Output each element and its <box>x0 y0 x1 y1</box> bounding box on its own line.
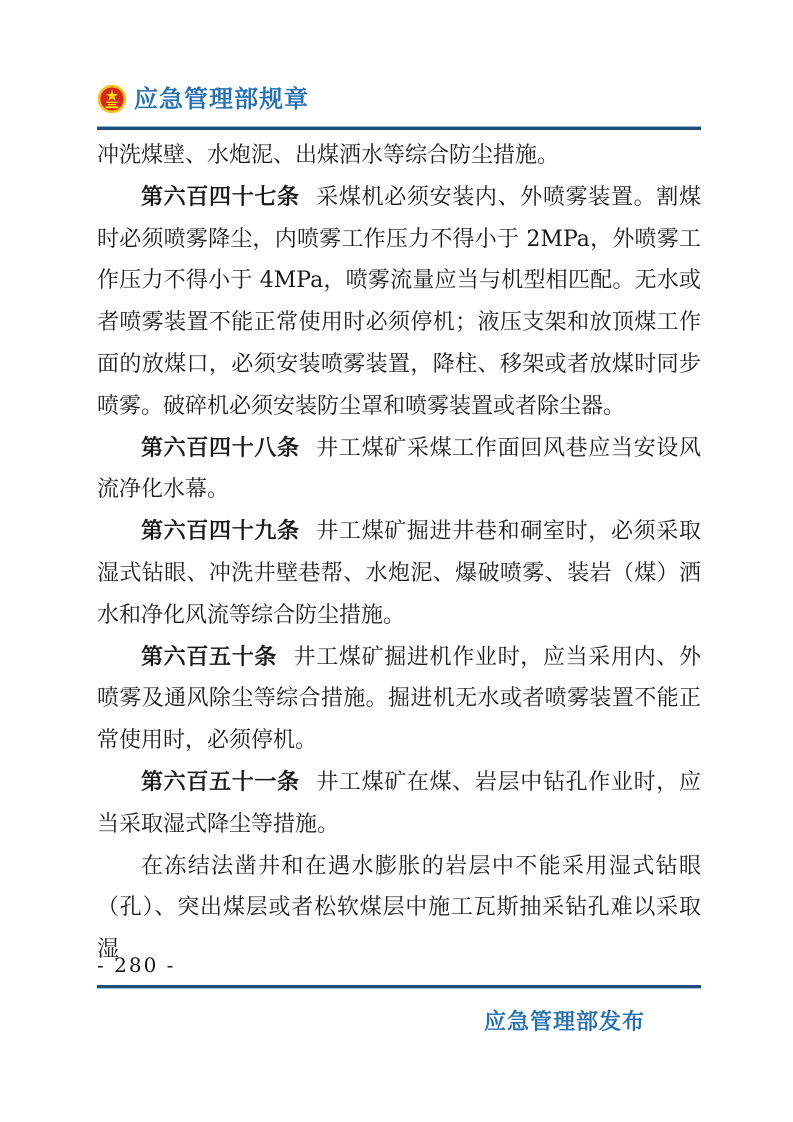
footer-rule <box>97 985 701 989</box>
page-header: 应急管理部规章 <box>97 84 701 114</box>
page-number: - 280 - <box>97 953 175 977</box>
header-rule <box>97 126 701 130</box>
paragraph-text: 冲洗煤壁、水炮泥、出煤洒水等综合防尘措施。 <box>97 143 559 168</box>
paragraph-continuation: 冲洗煤壁、水炮泥、出煤洒水等综合防尘措施。 <box>97 135 701 177</box>
article-number: 第六百四十七条 <box>141 184 300 210</box>
footer-publisher: 应急管理部发布 <box>484 1005 645 1036</box>
article-number: 第六百五十条 <box>141 644 277 670</box>
national-emblem-icon <box>97 84 127 114</box>
article-647: 第六百四十七条采煤机必须安装内、外喷雾装置。割煤时必须喷雾降尘，内喷雾工作压力不… <box>97 177 701 428</box>
article-648: 第六百四十八条井工煤矿采煤工作面回风巷应当安设风流净化水幕。 <box>97 428 701 512</box>
paragraph-frozen-shaft: 在冻结法凿井和在遇水膨胀的岩层中不能采用湿式钻眼（孔）、突出煤层或者松软煤层中施… <box>97 846 701 971</box>
paragraph-text: 在冻结法凿井和在遇水膨胀的岩层中不能采用湿式钻眼（孔）、突出煤层或者松软煤层中施… <box>97 854 701 963</box>
document-page: 应急管理部规章 冲洗煤壁、水炮泥、出煤洒水等综合防尘措施。 第六百四十七条采煤机… <box>0 0 793 1122</box>
header-title: 应急管理部规章 <box>134 84 309 114</box>
article-649: 第六百四十九条井工煤矿掘进井巷和硐室时，必须采取湿式钻眼、冲洗井壁巷帮、水炮泥、… <box>97 511 701 636</box>
regulation-body: 冲洗煤壁、水炮泥、出煤洒水等综合防尘措施。 第六百四十七条采煤机必须安装内、外喷… <box>97 135 701 971</box>
article-650: 第六百五十条井工煤矿掘进机作业时，应当采用内、外喷雾及通风除尘等综合措施。掘进机… <box>97 637 701 762</box>
article-number: 第六百四十九条 <box>141 518 300 544</box>
article-number: 第六百五十一条 <box>141 769 300 795</box>
paragraph-text: 采煤机必须安装内、外喷雾装置。割煤时必须喷雾降尘，内喷雾工作压力不得小于 2MP… <box>97 185 701 419</box>
article-651: 第六百五十一条井工煤矿在煤、岩层中钻孔作业时，应当采取湿式降尘等措施。 <box>97 762 701 846</box>
article-number: 第六百四十八条 <box>141 435 300 461</box>
